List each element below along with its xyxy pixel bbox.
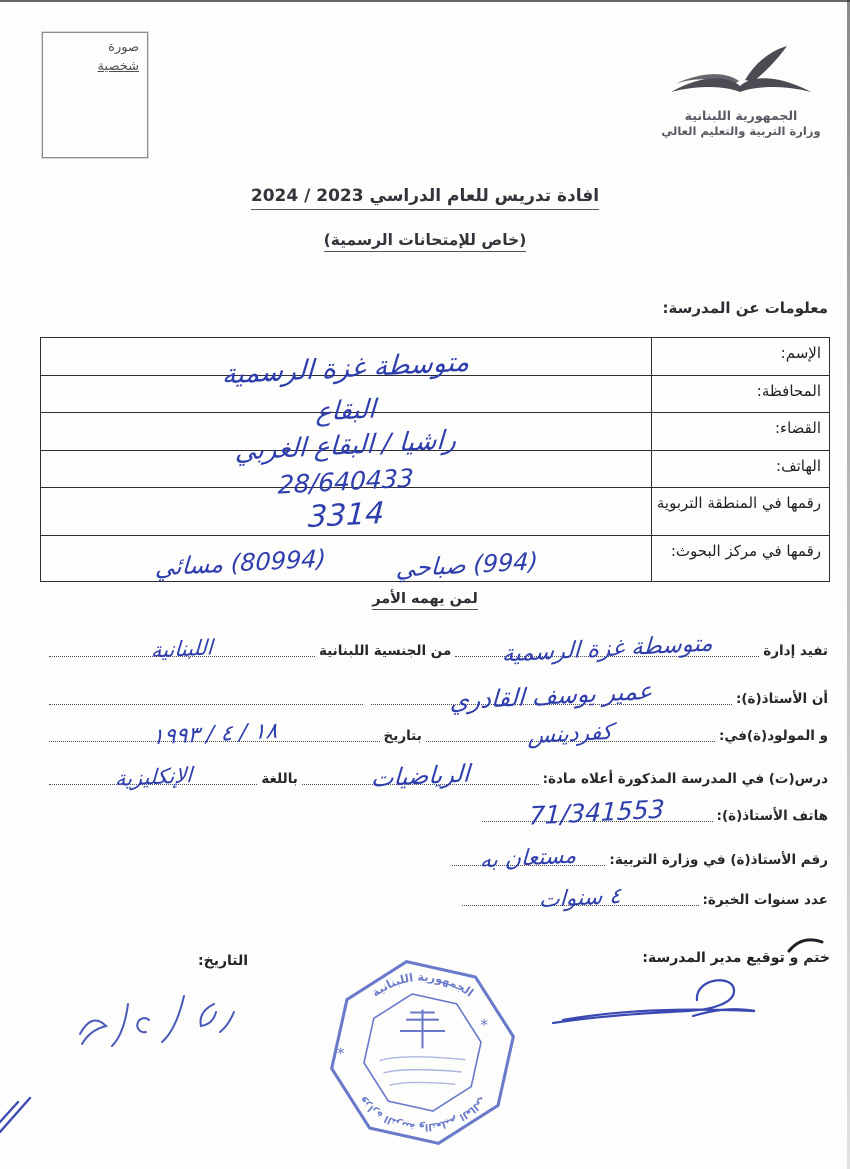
nationality-blank: اللبنانية <box>49 639 315 657</box>
letter-line-subject: درس(ت) في المدرسة المذكورة أعلاه مادة: ا… <box>45 764 828 789</box>
handwritten-evening-number: (80994) مسائي <box>154 546 326 579</box>
handwritten-birthplace: كفردينس <box>528 722 613 749</box>
photo-placeholder-box: صورة شخصية <box>42 32 148 158</box>
nationality-label: من الجنسية اللبنانية <box>319 643 451 661</box>
letter-heading-wrap: لمن يهمه الأمر <box>0 588 850 610</box>
date-label: التاريخ: <box>198 953 248 969</box>
table-row-district: القضاء: راشيا / البقاع الغربي <box>41 413 829 451</box>
handwritten-teacher-phone: 71/341553 <box>529 796 666 828</box>
logo-country-text: الجمهورية اللبنانية <box>646 108 836 123</box>
teacher-name-blank-2 <box>49 704 363 705</box>
row-value-research-number: (994) صباحي (80994) مسائي <box>41 536 651 581</box>
handwritten-governorate: البقاع <box>316 396 377 425</box>
teacher-phone-label: هاتف الأستاذ(ة): <box>717 808 828 826</box>
row-value-name: متوسطة غزة الرسمية <box>41 338 651 375</box>
language-label: باللغة <box>261 771 298 789</box>
table-row-phone: الهاتف: 28/640433 <box>41 451 829 488</box>
row-label-phone: الهاتف: <box>651 451 829 487</box>
letter-line-experience: عدد سنوات الخبرة: ٤ سنوات <box>458 888 828 910</box>
stamp-star-right: * <box>480 1016 488 1034</box>
experience-blank: ٤ سنوات <box>462 888 699 906</box>
row-label-research-number: رقمها في مركز البحوث: <box>651 536 829 581</box>
school-info-section-label: معلومات عن المدرسة: <box>663 299 828 317</box>
form-subtitle: (خاص للإمتحانات الرسمية) <box>324 231 527 252</box>
letter-line-teacher: أن الأستاذ(ة): عمير يوسف القادري <box>45 684 828 709</box>
handwritten-teacher-name: عمير يوسف القادري <box>450 679 653 714</box>
row-label-name: الإسم: <box>651 338 829 375</box>
subject-blank: الرياضيات <box>302 764 539 785</box>
photo-label-line2: شخصية <box>51 58 139 77</box>
school-info-table: الإسم: متوسطة غزة الرسمية المحافظة: البق… <box>40 337 830 582</box>
handwritten-ministry-number: مستعان به <box>480 845 577 872</box>
ministry-number-blank: مستعان به <box>452 848 605 866</box>
form-title: افادة تدريس للعام الدراسي 2023 / 2024 <box>251 186 599 210</box>
birthdate-label: بتاريخ <box>384 728 422 746</box>
open-book-icon <box>661 44 821 102</box>
teacher-label: أن الأستاذ(ة): <box>736 691 828 709</box>
logo-ministry-text: وزارة التربية والتعليم العالي <box>646 124 836 138</box>
experience-label: عدد سنوات الخبرة: <box>703 892 829 910</box>
birthdate-blank: ١٨ / ٤ / ١٩٩٣ <box>49 724 380 742</box>
school-name-blank: متوسطة غزة الرسمية <box>455 638 759 657</box>
handwritten-subject: الرياضيات <box>370 761 470 790</box>
handwritten-nationality: اللبنانية <box>151 638 214 662</box>
letter-line-intro: تفيد إدارة متوسطة غزة الرسمية من الجنسية… <box>45 638 828 661</box>
ministry-stamp: الجمهورية اللبنانية وزارة التربية والتعل… <box>320 950 525 1155</box>
table-row-research-number: رقمها في مركز البحوث: (994) صباحي (80994… <box>41 536 829 581</box>
stamp-star-left: * <box>337 1045 345 1063</box>
table-row-region-number: رقمها في المنطقة التربوية 3314 <box>41 488 829 536</box>
row-label-district: القضاء: <box>651 413 829 450</box>
letter-line-ministry-number: رقم الأستاذ(ة) في وزارة التربية: مستعان … <box>448 848 828 870</box>
corner-pen-mark <box>0 1092 40 1137</box>
handwritten-region-number: 3314 <box>307 499 385 533</box>
teacher-name-blank: عمير يوسف القادري <box>371 684 732 705</box>
handwritten-experience: ٤ سنوات <box>539 886 622 912</box>
born-label: و المولود(ة)في: <box>719 728 828 746</box>
language-blank: الإنكليزية <box>49 767 257 785</box>
handwritten-school-name-letter: متوسطة غزة الرسمية <box>501 632 713 666</box>
director-signature <box>537 966 772 1036</box>
stamp-signature-label: ختم و توقيع مدير المدرسة: <box>642 950 830 966</box>
table-row-name: الإسم: متوسطة غزة الرسمية <box>41 338 829 376</box>
handwritten-school-phone: 28/640433 <box>278 465 415 497</box>
ministry-logo: الجمهورية اللبنانية وزارة التربية والتعل… <box>646 44 836 138</box>
photo-label-line1: صورة <box>51 39 139 58</box>
row-label-region-number: رقمها في المنطقة التربوية <box>651 488 829 535</box>
teacher-phone-blank: 71/341553 <box>482 800 713 822</box>
handwritten-date-scrawl <box>62 982 257 1062</box>
svg-text:وزارة التربية والتعليم العالي: وزارة التربية والتعليم العالي <box>357 1095 488 1132</box>
letter-line-born: و المولود(ة)في: كفردينس بتاريخ ١٨ / ٤ / … <box>45 724 828 746</box>
form-subtitle-wrap: (خاص للإمتحانات الرسمية) <box>0 230 850 252</box>
scanned-form-page: صورة شخصية الجمهورية اللبنانية وزارة الت… <box>0 0 850 1169</box>
handwritten-morning-number: (994) صباحي <box>395 549 538 581</box>
handwritten-birthdate: ١٨ / ٤ / ١٩٩٣ <box>151 721 278 750</box>
ministry-number-label: رقم الأستاذ(ة) في وزارة التربية: <box>609 852 828 870</box>
birthplace-blank: كفردينس <box>426 724 715 742</box>
letter-line-teacher-phone: هاتف الأستاذ(ة): 71/341553 <box>478 800 828 826</box>
letter-body: تفيد إدارة متوسطة غزة الرسمية من الجنسية… <box>45 632 828 932</box>
letter-heading: لمن يهمه الأمر <box>372 591 478 610</box>
form-title-wrap: افادة تدريس للعام الدراسي 2023 / 2024 <box>0 186 850 210</box>
row-label-governorate: المحافظة: <box>651 376 829 412</box>
handwritten-language: الإنكليزية <box>114 765 192 790</box>
stamp-ministry-text: وزارة التربية والتعليم العالي <box>357 1095 488 1132</box>
taught-label: درس(ت) في المدرسة المذكورة أعلاه مادة: <box>543 771 828 789</box>
table-row-governorate: المحافظة: البقاع <box>41 376 829 413</box>
scan-edge-top <box>0 0 850 2</box>
intro-label: تفيد إدارة <box>763 643 828 661</box>
